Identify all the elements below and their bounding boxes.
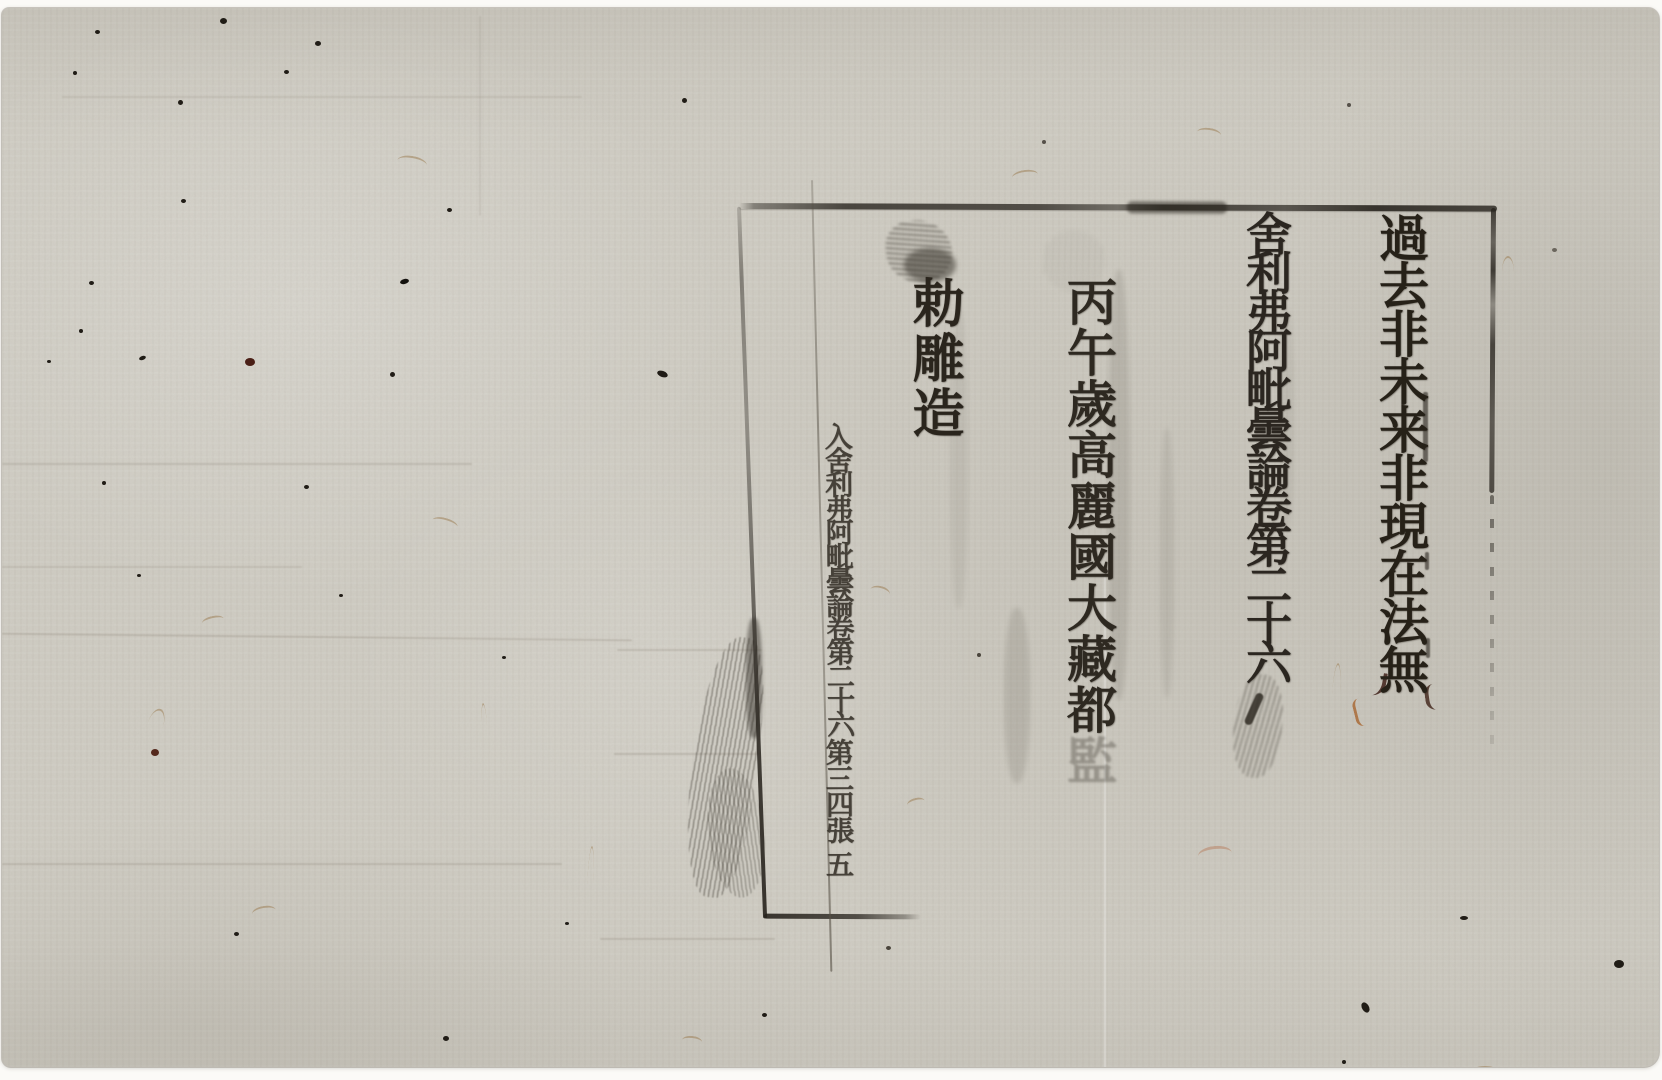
paper-fiber [682, 1035, 703, 1047]
paper-speck [762, 1013, 767, 1017]
paper-speck [443, 1036, 449, 1041]
margin-note-title: 入舍利弗阿毗曇論卷第二十六 [827, 422, 860, 752]
print-frame-top-border [739, 203, 1497, 212]
paper-sheet: 過去非未来非現在法無 舍利弗阿毗曇論卷第二十六 丙午歲高麗國大藏都監 勅雕造 入… [2, 8, 1659, 1067]
paper-fiber [906, 796, 926, 810]
paper-speck [1552, 248, 1557, 252]
paper-crease [2, 463, 472, 465]
print-frame-bottom-border [764, 914, 921, 920]
colophon-date-text: 丙午歲高麗國大藏都 [1059, 276, 1118, 735]
paper-speck [47, 360, 51, 363]
paper-crease [2, 633, 632, 642]
paper-speck [1614, 960, 1624, 968]
paper-speck [178, 100, 183, 105]
margin-note-case-mark: 五 [828, 850, 858, 895]
paper-speck [886, 946, 891, 950]
colophon-decree-column: 勅雕造 [896, 276, 971, 526]
paper-speck [102, 481, 106, 485]
paper-fiber [201, 614, 225, 628]
paper-speck [181, 199, 186, 203]
paper-speck [400, 278, 410, 285]
paper-crease [614, 753, 759, 755]
paper-speck [339, 594, 343, 597]
paper-speck [315, 41, 321, 46]
scanned-page: 過去非未来非現在法無 舍利弗阿毗曇論卷第二十六 丙午歲高麗國大藏都監 勅雕造 入… [0, 0, 1662, 1080]
paper-speck [447, 208, 452, 212]
paper-speck [284, 70, 289, 74]
print-frame-left-border [737, 207, 767, 919]
paper-fiber [1196, 126, 1221, 140]
paper-crease [2, 863, 562, 865]
ink-streak [1004, 608, 1030, 783]
paper-fiber [251, 904, 277, 920]
paper-fiber [431, 515, 459, 533]
paper-fiber [142, 706, 168, 745]
paper-speck [502, 656, 506, 659]
paper-speck [565, 922, 569, 925]
sutra-title-column: 舍利弗阿毗曇論卷第二十六 [1233, 210, 1299, 720]
paper-fiber [1197, 844, 1233, 864]
paper-speck [95, 30, 100, 34]
paper-fiber [481, 703, 489, 745]
paper-fiber [869, 584, 891, 600]
ink-smudge [884, 218, 954, 284]
paper-speck [977, 653, 981, 657]
paper-fiber [585, 846, 595, 924]
paper-crease [62, 96, 582, 98]
scripture-text-column: 過去非未来非現在法無 [1364, 212, 1436, 732]
paper-crease [600, 938, 775, 940]
paper-fiber [1011, 168, 1038, 184]
paper-speck [89, 281, 94, 285]
print-frame-right-border-faded [1490, 495, 1494, 755]
paper-fiber [1330, 663, 1342, 725]
print-frame-right-border [1489, 208, 1496, 493]
paper-crease [617, 649, 762, 651]
paper-speck [139, 355, 147, 361]
ink-streak [1160, 428, 1174, 698]
paper-speck [656, 369, 668, 378]
paper-speck [1347, 103, 1351, 107]
paper-speck [1342, 1060, 1346, 1064]
paper-speck [245, 358, 255, 366]
colophon-date-column: 丙午歲高麗國大藏都監 [1052, 276, 1124, 821]
paper-speck [1360, 1001, 1372, 1014]
paper-speck [151, 749, 159, 756]
paper-speck [1460, 916, 1468, 920]
paper-speck [79, 329, 83, 333]
paper-speck [390, 372, 395, 377]
paper-speck [234, 932, 239, 936]
paper-speck [137, 574, 141, 577]
paper-speck [304, 485, 309, 489]
paper-fiber [1472, 1066, 1498, 1067]
paper-fiber [396, 154, 428, 173]
paper-crease [2, 566, 302, 568]
paper-speck [73, 71, 77, 75]
paper-speck [682, 98, 687, 103]
colophon-date-faded-char: 監 [1059, 735, 1118, 786]
paper-crease [479, 16, 481, 216]
margin-note-sheet-number: 第三四張 [827, 738, 858, 858]
paper-speck [220, 18, 227, 24]
paper-speck [1042, 140, 1046, 144]
paper-fiber [1502, 256, 1514, 288]
